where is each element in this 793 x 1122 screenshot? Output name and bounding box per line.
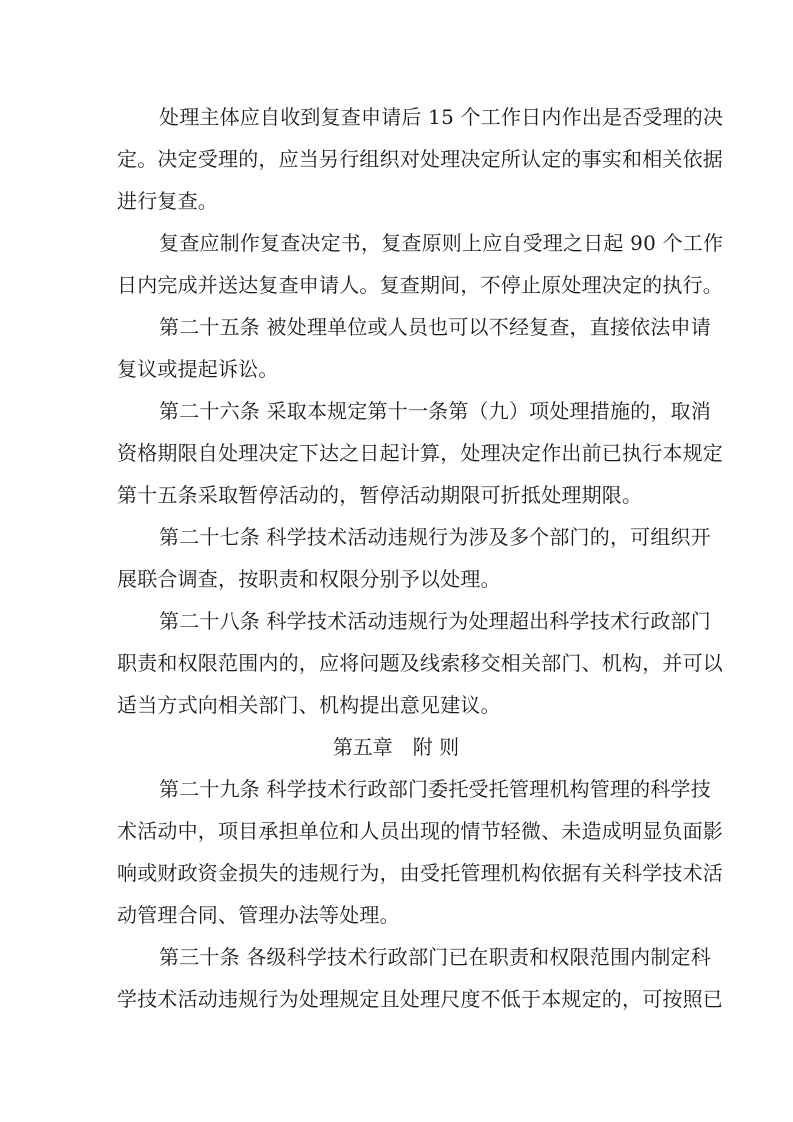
text-line: 第二十七条 科学技术活动违规行为涉及多个部门的，可组织开: [117, 516, 675, 558]
text-line: 复议或提起诉讼。: [117, 348, 675, 390]
article-26: 第二十六条 采取本规定第十一条第（九）项处理措施的，取消 资格期限自处理决定下达…: [117, 390, 675, 516]
text-line: 第三十条 各级科学技术行政部门已在职责和权限范围内制定科: [117, 936, 675, 978]
text-line: 动管理合同、管理办法等处理。: [117, 894, 675, 936]
text-line: 第十五条采取暂停活动的，暂停活动期限可折抵处理期限。: [117, 474, 675, 516]
text-line: 术活动中，项目承担单位和人员出现的情节轻微、未造成明显负面影: [117, 810, 675, 852]
chapter-heading: 第五章 附 则: [117, 726, 675, 768]
text-line: 处理主体应自收到复查申请后 15 个工作日内作出是否受理的决: [117, 96, 675, 138]
text-line: 第二十六条 采取本规定第十一条第（九）项处理措施的，取消: [117, 390, 675, 432]
text-line: 进行复查。: [117, 180, 675, 222]
article-25: 第二十五条 被处理单位或人员也可以不经复查，直接依法申请 复议或提起诉讼。: [117, 306, 675, 390]
text-line: 第二十五条 被处理单位或人员也可以不经复查，直接依法申请: [117, 306, 675, 348]
text-line: 学技术活动违规行为处理规定且处理尺度不低于本规定的，可按照已: [117, 978, 675, 1020]
paragraph-review-decision: 复查应制作复查决定书，复查原则上应自受理之日起 90 个工作 日内完成并送达复查…: [117, 222, 675, 306]
text-line: 适当方式向相关部门、机构提出意见建议。: [117, 684, 675, 726]
article-30: 第三十条 各级科学技术行政部门已在职责和权限范围内制定科 学技术活动违规行为处理…: [117, 936, 675, 1020]
text-line: 响或财政资金损失的违规行为，由受托管理机构依据有关科学技术活: [117, 852, 675, 894]
text-line: 定。决定受理的，应当另行组织对处理决定所认定的事实和相关依据: [117, 138, 675, 180]
text-line: 第二十九条 科学技术行政部门委托受托管理机构管理的科学技: [117, 768, 675, 810]
text-line: 第二十八条 科学技术活动违规行为处理超出科学技术行政部门: [117, 600, 675, 642]
article-27: 第二十七条 科学技术活动违规行为涉及多个部门的，可组织开 展联合调查，按职责和权…: [117, 516, 675, 600]
text-line: 展联合调查，按职责和权限分别予以处理。: [117, 558, 675, 600]
text-line: 资格期限自处理决定下达之日起计算，处理决定作出前已执行本规定: [117, 432, 675, 474]
paragraph-review-acceptance: 处理主体应自收到复查申请后 15 个工作日内作出是否受理的决 定。决定受理的，应…: [117, 96, 675, 222]
article-29: 第二十九条 科学技术行政部门委托受托管理机构管理的科学技 术活动中，项目承担单位…: [117, 768, 675, 936]
text-line: 日内完成并送达复查申请人。复查期间，不停止原处理决定的执行。: [117, 264, 675, 306]
document-page: 处理主体应自收到复查申请后 15 个工作日内作出是否受理的决 定。决定受理的，应…: [117, 96, 675, 1020]
article-28: 第二十八条 科学技术活动违规行为处理超出科学技术行政部门 职责和权限范围内的，应…: [117, 600, 675, 726]
text-line: 职责和权限范围内的，应将问题及线索移交相关部门、机构，并可以: [117, 642, 675, 684]
text-line: 复查应制作复查决定书，复查原则上应自受理之日起 90 个工作: [117, 222, 675, 264]
